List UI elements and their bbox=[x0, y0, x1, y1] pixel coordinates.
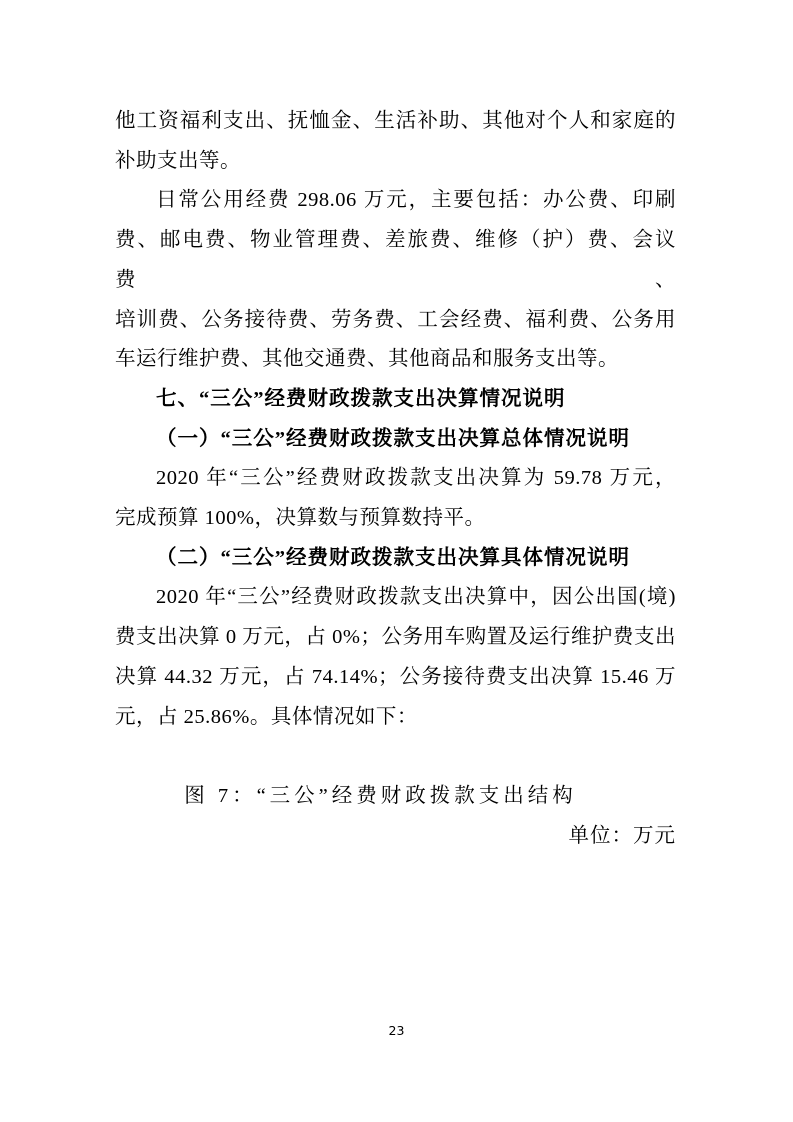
text-line: 费支出决算 0 万元，占 0%；公务用车购置及运行维护费支出 bbox=[115, 618, 676, 658]
heading-subsection-one: （一）“三公”经费财政拨款支出决算总体情况说明 bbox=[115, 420, 676, 460]
document-body: 他工资福利支出、抚恤金、生活补助、其他对个人和家庭的补助支出等。日常公用经费 2… bbox=[115, 102, 676, 737]
text-line: （一）“三公”经费财政拨款支出决算总体情况说明 bbox=[115, 420, 676, 460]
text-line: 补助支出等。 bbox=[115, 142, 676, 182]
text-line: 2020 年“三公”经费财政拨款支出决算为 59.78 万元， bbox=[115, 459, 676, 499]
unit-label: 单位：万元 bbox=[115, 817, 676, 857]
text-line: 车运行维护费、其他交通费、其他商品和服务支出等。 bbox=[115, 340, 676, 380]
text-column: 他工资福利支出、抚恤金、生活补助、其他对个人和家庭的补助支出等。日常公用经费 2… bbox=[115, 102, 676, 856]
para-specific-situation: 2020 年“三公”经费财政拨款支出决算中，因公出国(境)费支出决算 0 万元，… bbox=[115, 578, 676, 737]
para-overall-situation: 2020 年“三公”经费财政拨款支出决算为 59.78 万元，完成预算 100%… bbox=[115, 459, 676, 538]
figure-caption: 图 7：“三公”经费财政拨款支出结构 bbox=[115, 777, 676, 817]
heading-section-seven: 七、“三公”经费财政拨款支出决算情况说明 bbox=[115, 380, 676, 420]
text-line: 日常公用经费 298.06 万元，主要包括：办公费、印刷 bbox=[115, 181, 676, 221]
text-line: 决算 44.32 万元，占 74.14%；公务接待费支出决算 15.46 万 bbox=[115, 658, 676, 698]
text-line: 费、邮电费、物业管理费、差旅费、维修（护）费、会议费、 bbox=[115, 221, 676, 300]
text-line: 七、“三公”经费财政拨款支出决算情况说明 bbox=[115, 380, 676, 420]
text-line: 元，占 25.86%。具体情况如下： bbox=[115, 698, 676, 738]
text-line: 2020 年“三公”经费财政拨款支出决算中，因公出国(境) bbox=[115, 578, 676, 618]
text-line: （二）“三公”经费财政拨款支出决算具体情况说明 bbox=[115, 539, 676, 579]
para-personnel-expense-continuation: 他工资福利支出、抚恤金、生活补助、其他对个人和家庭的补助支出等。 bbox=[115, 102, 676, 181]
page-number: 23 bbox=[0, 1022, 793, 1040]
document-page: 他工资福利支出、抚恤金、生活补助、其他对个人和家庭的补助支出等。日常公用经费 2… bbox=[0, 0, 793, 1122]
text-line: 培训费、公务接待费、劳务费、工会经费、福利费、公务用 bbox=[115, 301, 676, 341]
text-line: 完成预算 100%，决算数与预算数持平。 bbox=[115, 499, 676, 539]
heading-subsection-two: （二）“三公”经费财政拨款支出决算具体情况说明 bbox=[115, 539, 676, 579]
para-daily-public-expense: 日常公用经费 298.06 万元，主要包括：办公费、印刷费、邮电费、物业管理费、… bbox=[115, 181, 676, 380]
text-line: 他工资福利支出、抚恤金、生活补助、其他对个人和家庭的 bbox=[115, 102, 676, 142]
